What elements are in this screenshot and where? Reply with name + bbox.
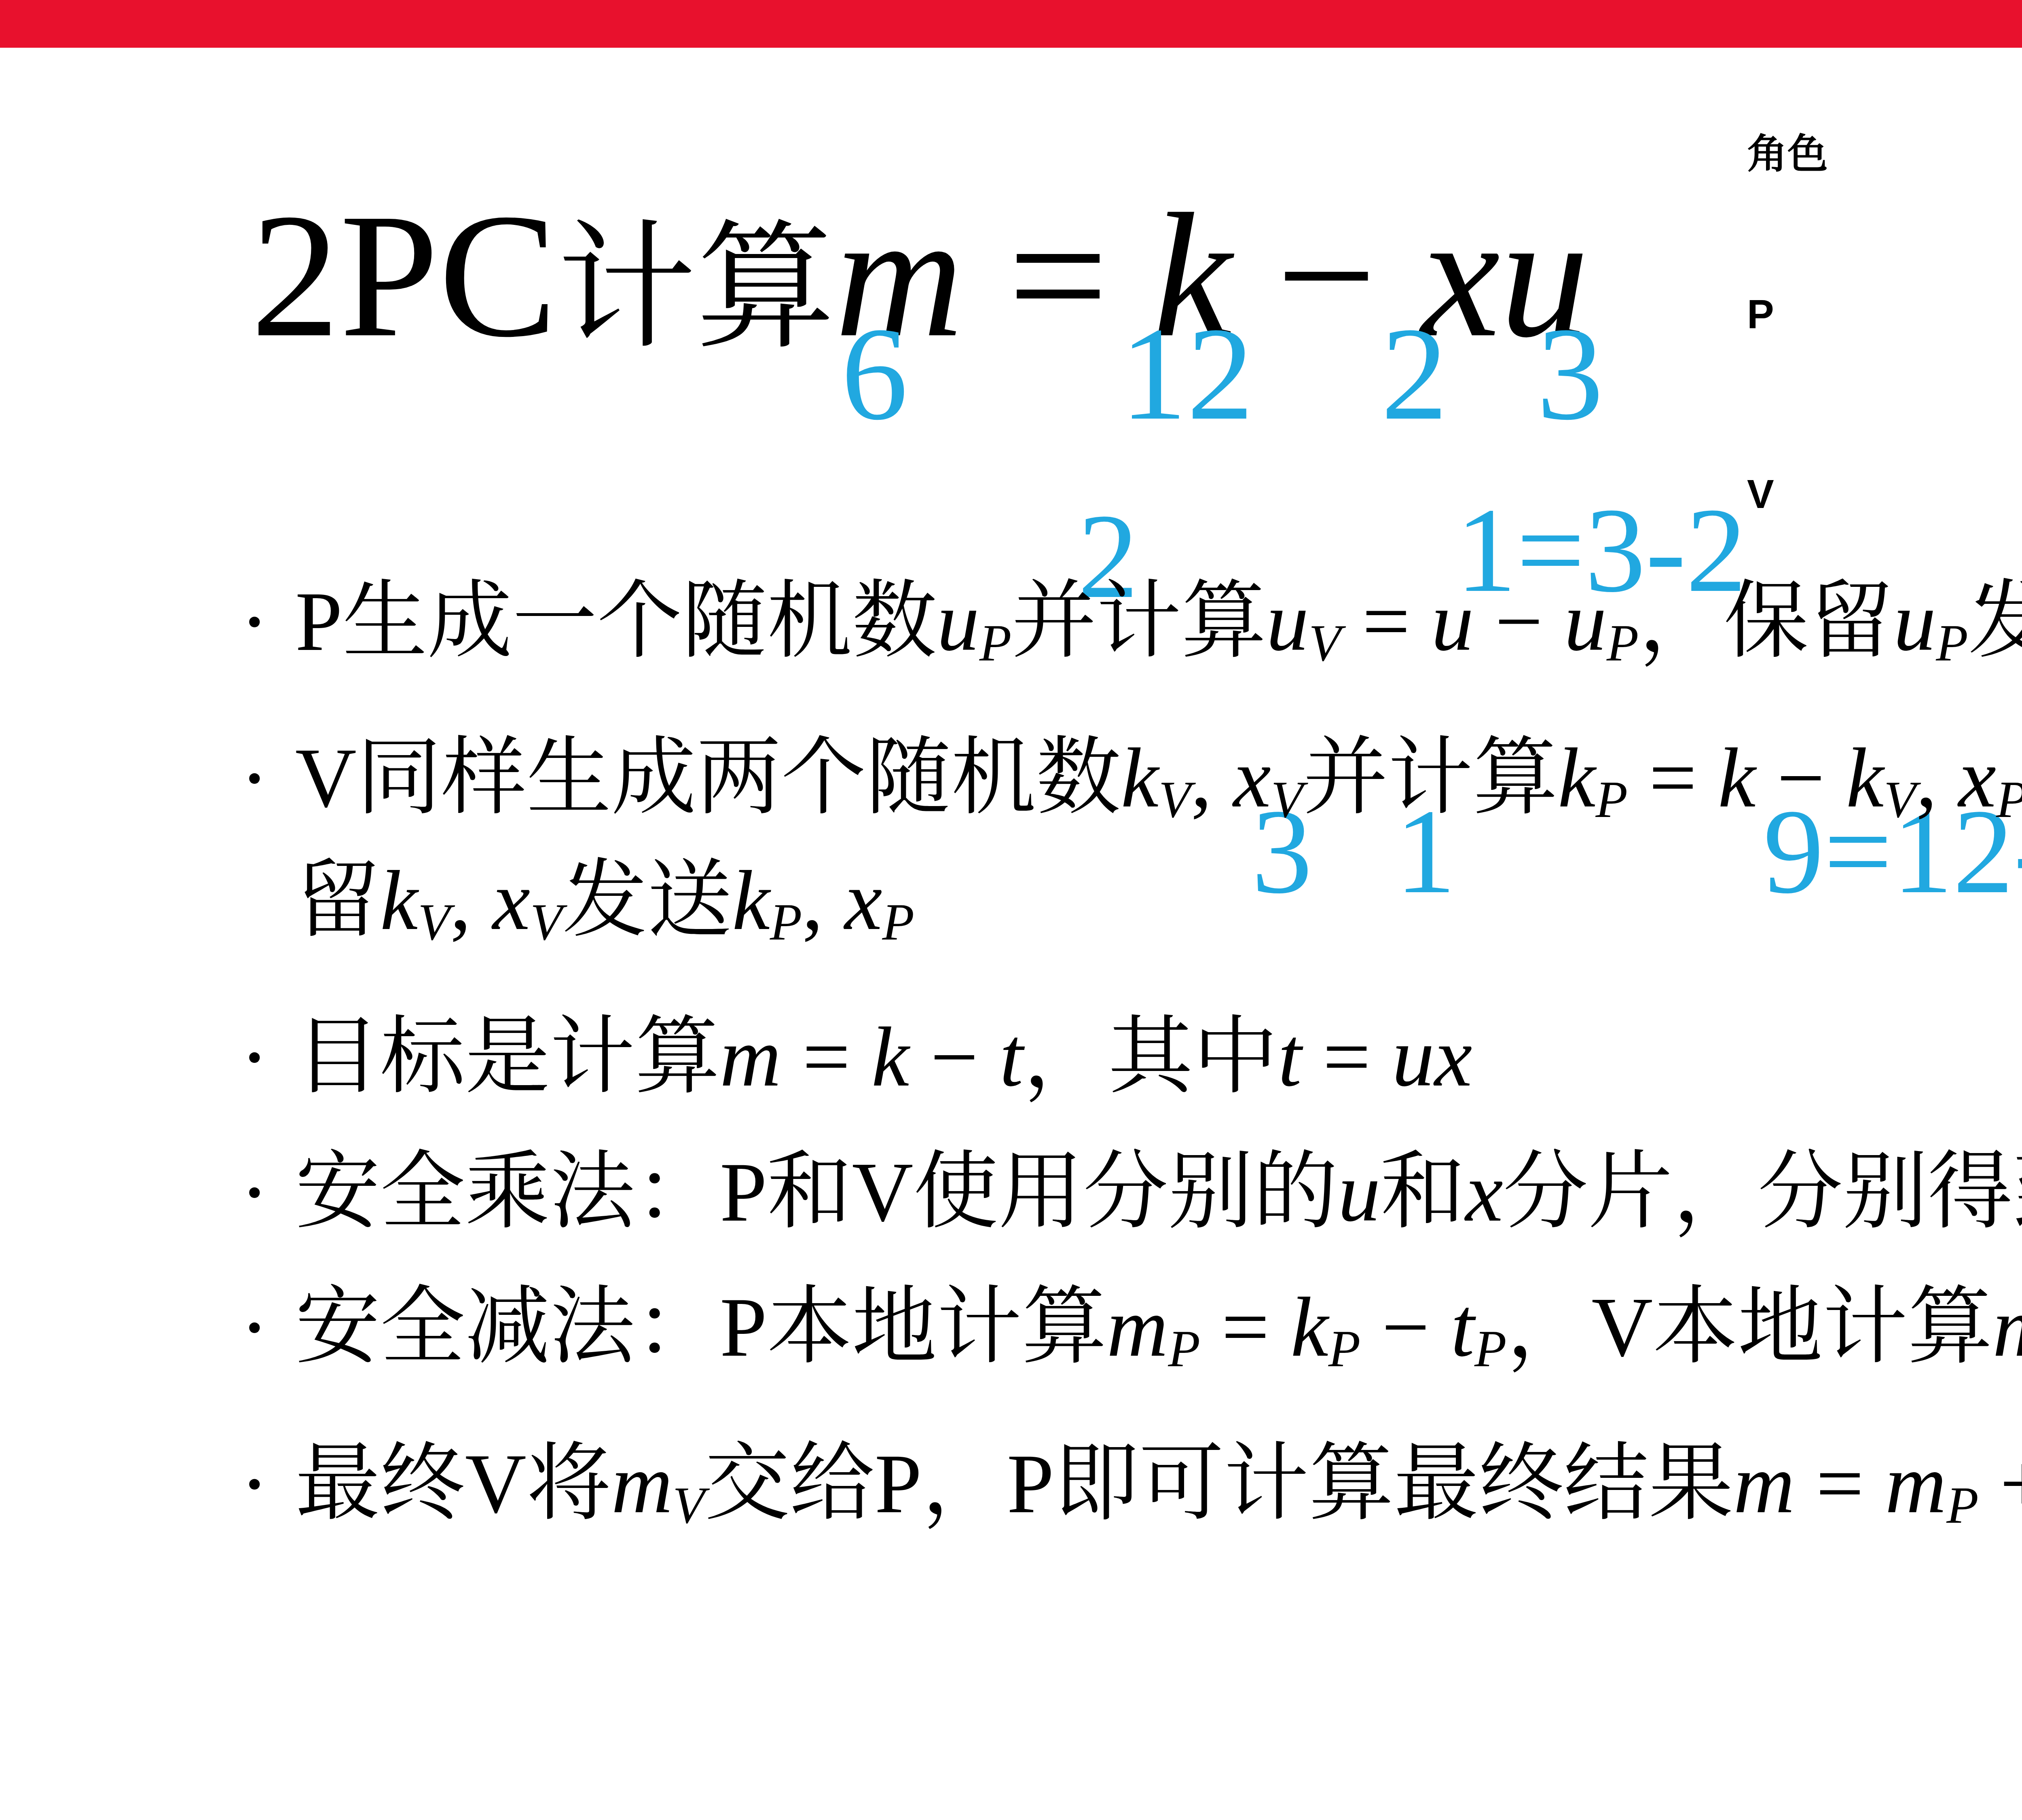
bullet-p-random: • P生成一个随机数uP并计算uV = u − uP，保留uP发送uV [247, 571, 2022, 694]
bullet-dot: • [247, 1433, 295, 1556]
bullet-secure-subtraction: • 安全减法：P本地计算mP = kP − tP，V本地计算mV = kV − … [247, 1277, 2022, 1399]
title-cjk: 计算 [557, 212, 835, 366]
bullet-dot: • [247, 571, 295, 694]
slide: 2PC计算m = k − xu 6 12 2 3 2 1=3-2 3 1 9=1… [0, 0, 2022, 1820]
bullet-dot: • [247, 1277, 295, 1399]
cell-p-role: P [1735, 224, 2022, 404]
bullet-text: V同样生成两个随机数kV, xV并计算kP = k − kV, xP = x −… [295, 728, 2022, 973]
bullet-text: 安全乘法：P和V使用分别的u和x分片，分别得到t_P和t_V [295, 1142, 2022, 1243]
requirements-table: 角色 输入 秘密要求 结果要求 P u A 不能知 道k和x A 必须知 道结果… [1735, 121, 2022, 554]
annotation-u-value: 3 [1537, 307, 1603, 441]
bullet-text: 目标是计算m = k − t，其中t = ux [295, 1007, 2022, 1108]
annotation-k-value: 12 [1120, 307, 1254, 441]
bullet-goal: • 目标是计算m = k − t，其中t = ux [247, 1007, 2022, 1108]
bullet-secure-multiplication: • 安全乘法：P和V使用分别的u和x分片，分别得到t_P和t_V [247, 1142, 2022, 1243]
bullet-dot: • [247, 1007, 295, 1108]
bullet-v-random: • V同样生成两个随机数kV, xV并计算kP = k − kV, xP = x… [247, 728, 2022, 973]
top-red-bar [0, 0, 2022, 48]
bullet-text: 安全减法：P本地计算mP = kP − tP，V本地计算mV = kV − tV [295, 1277, 2022, 1399]
table-header-role: 角色 [1735, 121, 2022, 224]
bullet-text: P生成一个随机数uP并计算uV = u − uP，保留uP发送uV [295, 571, 2022, 694]
bullet-dot: • [247, 728, 295, 973]
bullet-list: • P生成一个随机数uP并计算uV = u − uP，保留uP发送uV • V同… [247, 571, 2022, 1590]
bullet-dot: • [247, 1142, 295, 1243]
title-latin: 2PC [251, 177, 557, 374]
cell-v-role: V [1735, 404, 2022, 554]
annotation-x-value: 2 [1381, 307, 1448, 441]
bullet-text: 最终V将mV交给P，P即可计算最终结果m = mP + mV [295, 1433, 2022, 1556]
bullet-final-result: • 最终V将mV交给P，P即可计算最终结果m = mP + mV [247, 1433, 2022, 1556]
annotation-m-value: 6 [841, 307, 908, 441]
